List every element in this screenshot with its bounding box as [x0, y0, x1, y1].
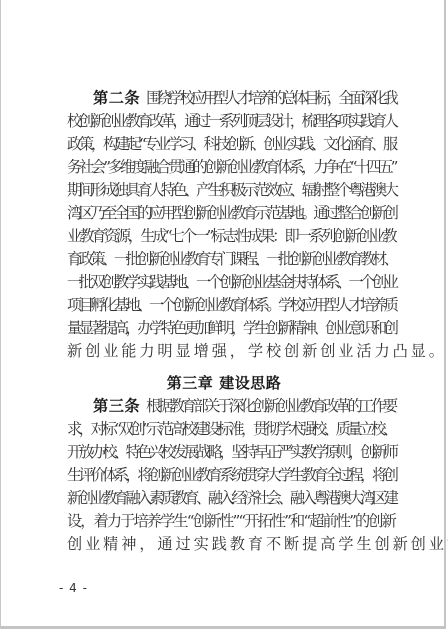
paragraph-line: 设，着力于培养学生“创新性”“开拓性”和“超前性”的创新 — [67, 511, 395, 531]
paragraph-line: 创业精神，通过实践教育不断提高学生创新创业能力，让学生成 — [67, 534, 395, 554]
paragraph-line: 求，对标“双创”示范高校建设标准，贯彻学术强校、质量立校、 — [67, 419, 395, 439]
article-label: 第二条 — [93, 89, 140, 107]
chapter-number: 第三章 — [167, 374, 214, 392]
chapter-title: 建设思路 — [219, 374, 281, 392]
paragraph-line: 第三条根据教育部关于深化创新创业教育改革的工作要 — [93, 396, 395, 416]
line-text: 根据教育部关于深化创新创业教育改革的工作要 — [146, 397, 395, 415]
paragraph-line: 新创业教育融入素质教育、融入经济社会、融入粤港澳大湾区建 — [67, 488, 395, 508]
paragraph-line: 量显著提高，办学特色更加鲜明，学生创新精神、创业意识和创 — [67, 318, 395, 338]
paragraph-line: 业教育资源，生成“七个一”标志性成果：即一系列创新创业教 — [67, 226, 395, 246]
document-page: 第二条围绕学校应用型人才培养的总体目标，全面深化我 校创新创业教育改革，通过一系… — [0, 0, 446, 629]
paragraph-line: 生评价体系，将创新创业教育系统贯穿大学生教育全过程，将创 — [67, 465, 395, 485]
paragraph-line: 新创业能力明显增强，学校创新创业活力凸显。 — [67, 341, 395, 361]
paragraph-line: 项目孵化基地、一个创新创业教育体系。学校应用型人才培养质 — [67, 295, 395, 315]
line-text: 围绕学校应用型人才培养的总体目标，全面深化我 — [146, 89, 395, 107]
paragraph-line: 校创新创业教育改革，通过一系列顶层设计，梳理各项实践育人 — [67, 111, 395, 131]
page-number: - 4 - — [59, 580, 88, 596]
paragraph-line: 期间形成独具育人特色、产生积极示范效应、辐射整个粤港澳大 — [67, 180, 395, 200]
paragraph-line: 育政策、一批创新创业教育专门课程、一批创新创业教育教材、 — [67, 249, 395, 269]
article-label: 第三条 — [93, 397, 140, 415]
paragraph-line: 湾区乃至全国的应用型创新创业教育示范基地。通过整合创新创 — [67, 203, 395, 223]
paragraph-line: 开放办校、特色兴校发展战略，坚持早正严实教学原则，创新师 — [67, 442, 395, 462]
paragraph-line: 第二条围绕学校应用型人才培养的总体目标，全面深化我 — [93, 88, 395, 108]
paragraph-line: 政策，构建起“专业学习、科技创新、创业实践、文化涵育、服 — [67, 134, 395, 154]
chapter-heading: 第三章建设思路 — [1, 373, 447, 393]
paragraph-line: 一批双创教学实践基地、一个创新创业基金扶持体系、一个创业 — [67, 272, 395, 292]
paragraph-line: 务社会”多维度融合贯通的创新创业教育体系，力争在“十四五” — [67, 157, 395, 177]
